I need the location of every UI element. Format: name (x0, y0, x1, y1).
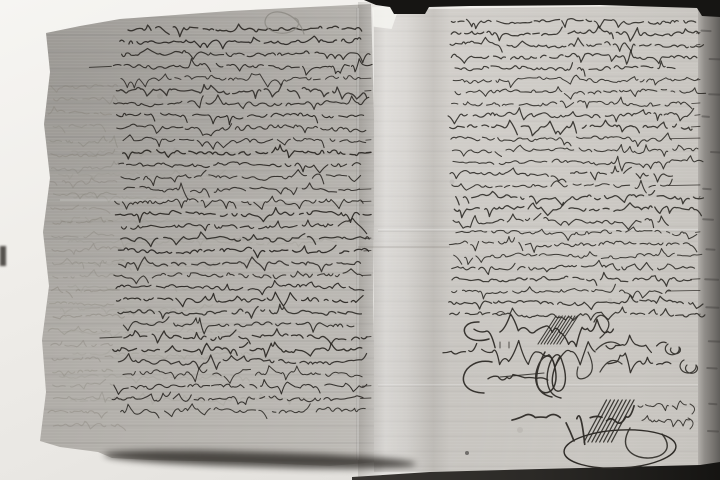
signature-sig-4 (463, 352, 565, 398)
paper-spot (157, 93, 163, 99)
left-page-bleedthrough-text (48, 84, 337, 430)
signature-sig-3 (596, 335, 680, 355)
oval-paraph (563, 427, 677, 471)
handwriting-layer (0, 0, 720, 480)
page-edge-flecks (702, 31, 720, 432)
manuscript-photo (0, 0, 720, 480)
pencil-flourish (265, 12, 304, 34)
signature-sig-2 (443, 341, 595, 379)
signature-sig-6 (512, 400, 695, 471)
paper-spot (608, 298, 612, 302)
signature-sig-1 (464, 312, 613, 349)
signature-sig-5 (600, 353, 698, 373)
right-page-body-text (448, 19, 705, 321)
paper-spot (465, 451, 469, 455)
paper-spot (517, 427, 523, 433)
paper-spot (450, 180, 455, 185)
left-page-body-text (89, 24, 372, 418)
